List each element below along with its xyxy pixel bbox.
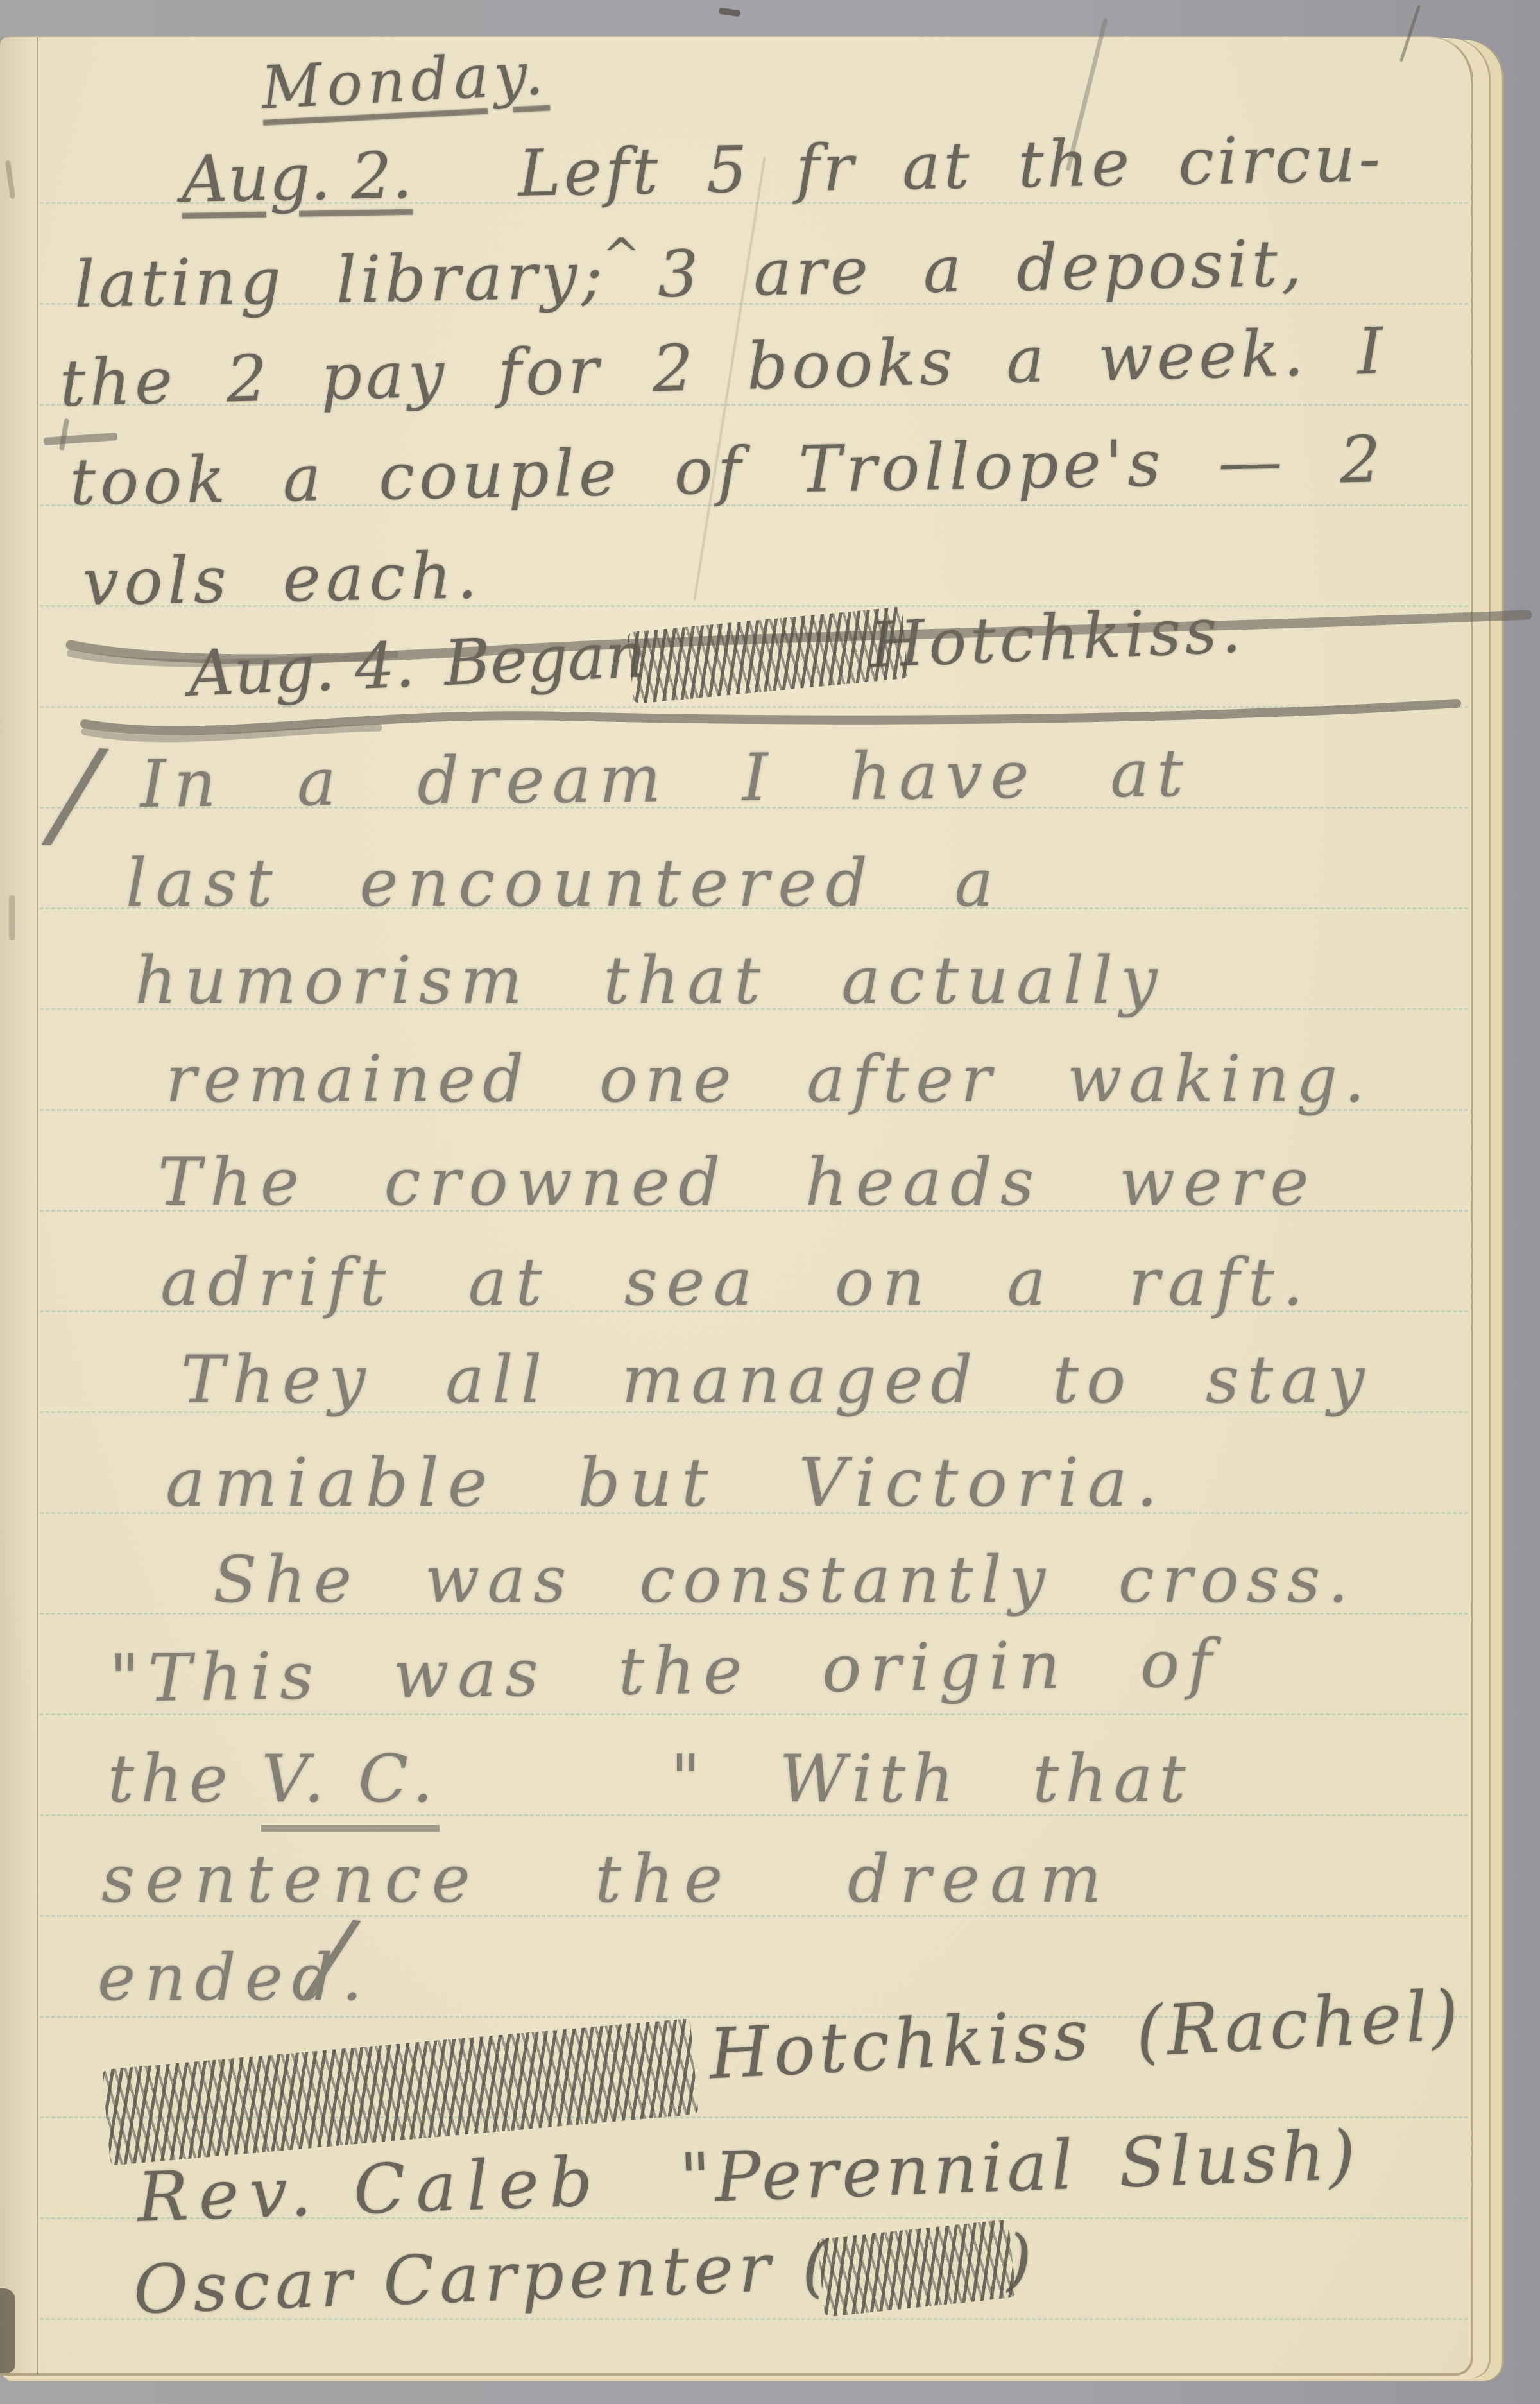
entry-aug4-name: Hotchkiss. [868,594,1246,682]
dream-line-11-post: " With that [671,1741,1192,1817]
dream-line-6: adrift at sea on a raft. [160,1250,1312,1316]
entry-aug2-date: Aug. 2. [181,138,413,217]
dream-line-5: The crowned heads were [158,1150,1317,1215]
entry-aug4-date: Aug. 4. [187,628,416,711]
cast-rev-caleb: Rev. Caleb [136,2142,604,2237]
margin-smudge [9,895,15,940]
scanned-notebook-photo: Monday. Aug. 2.Left 5 fr at the circu- ^… [0,0,1540,2404]
dream-line-7: They all managed to stay [181,1348,1373,1413]
dream-line-11: the V. C." With that [108,1747,1192,1812]
dream-line-2: last encountered a [126,851,1002,916]
gutter-fold-line [37,37,38,2374]
dream-line-4: remained one after waking. [166,1047,1372,1112]
dream-open-slash: / [51,732,100,856]
entry-aug2-text: Left 5 fr at the circu- [517,121,1384,211]
entry-aug4-began: Began [443,619,647,700]
dream-line-3: humorism that actually [135,949,1165,1014]
scribbled-out-word [817,2219,1016,2317]
dream-line-8: amiable but Victoria. [166,1449,1167,1516]
dream-line-1: In a dream I have at [140,741,1191,818]
entry-aug2-line1: Aug. 2.Left 5 fr at the circu- [181,126,1384,212]
ink-speck [718,8,740,17]
dream-line-12: sentence the dream [101,1847,1112,1912]
dream-line-11-vc: V. C. [261,1741,440,1832]
dream-line-11-pre: the [108,1741,261,1817]
heading-monday: Monday. [260,44,550,118]
page-corner-curl [0,2288,15,2373]
dream-line-9: She was constantly cross. [213,1548,1356,1612]
entry-aug2-line5: vols each. [82,544,483,615]
gutter-shadow [0,36,36,2376]
dream-line-10: "This was the origin of [109,1631,1221,1712]
